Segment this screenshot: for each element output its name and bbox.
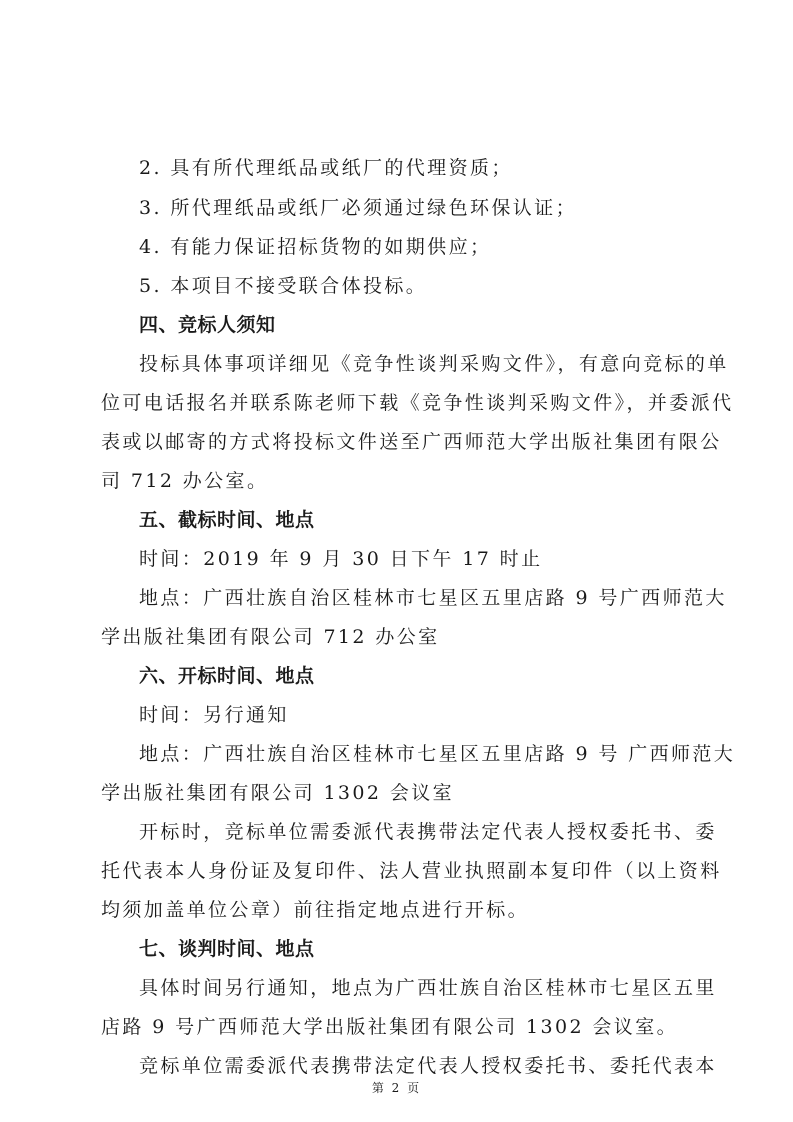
paragraph-line: 表或以邮寄的方式将投标文件送至广西师范大学出版社集团有限公 <box>101 430 711 454</box>
document-page: 2. 具有所代理纸品或纸厂的代理资质； 3. 所代理纸品或纸厂必须通过绿色环保认… <box>0 0 793 1122</box>
deadline-time: 时间：2019 年 9 月 30 日下午 17 时止 <box>139 547 749 571</box>
page-number: 第 2 页 <box>0 1080 793 1096</box>
requirement-item-4: 4. 有能力保证招标货物的如期供应； <box>139 235 749 259</box>
opening-location-line: 地点：广西壮族自治区桂林市七星区五里店路 9 号 广西师范大 <box>139 742 749 766</box>
opening-time: 时间：另行通知 <box>139 703 749 727</box>
opening-location-line: 学出版社集团有限公司 1302 会议室 <box>101 781 711 805</box>
negotiation-line: 具体时间另行通知，地点为广西壮族自治区桂林市七星区五里 <box>139 976 749 1000</box>
paragraph-line: 位可电话报名并联系陈老师下载《竞争性谈判采购文件》，并委派代 <box>101 391 711 415</box>
requirement-item-5: 5. 本项目不接受联合体投标。 <box>139 274 749 298</box>
opening-note-line: 托代表本人身份证及复印件、法人营业执照副本复印件（以上资料 <box>101 859 711 883</box>
paragraph-line: 司 712 办公室。 <box>101 469 711 493</box>
paragraph-line: 投标具体事项详细见《竞争性谈判采购文件》，有意向竞标的单 <box>139 352 749 376</box>
requirement-item-2: 2. 具有所代理纸品或纸厂的代理资质； <box>139 156 749 180</box>
section-heading-negotiation: 七、谈判时间、地点 <box>139 937 749 961</box>
requirement-item-3: 3. 所代理纸品或纸厂必须通过绿色环保认证； <box>139 196 749 220</box>
section-heading-bid-opening: 六、开标时间、地点 <box>139 664 749 688</box>
deadline-location-line: 地点：广西壮族自治区桂林市七星区五里店路 9 号广西师范大 <box>139 586 749 610</box>
negotiation-trailing-line: 竞标单位需委派代表携带法定代表人授权委托书、委托代表本 <box>139 1054 749 1078</box>
opening-note-line: 开标时，竞标单位需委派代表携带法定代表人授权委托书、委 <box>139 820 749 844</box>
opening-note-line: 均须加盖单位公章）前往指定地点进行开标。 <box>101 898 711 922</box>
section-heading-deadline: 五、截标时间、地点 <box>139 508 749 532</box>
negotiation-line: 店路 9 号广西师范大学出版社集团有限公司 1302 会议室。 <box>101 1015 711 1039</box>
deadline-location-line: 学出版社集团有限公司 712 办公室 <box>101 625 711 649</box>
section-heading-bidder-notice: 四、竞标人须知 <box>139 313 749 337</box>
